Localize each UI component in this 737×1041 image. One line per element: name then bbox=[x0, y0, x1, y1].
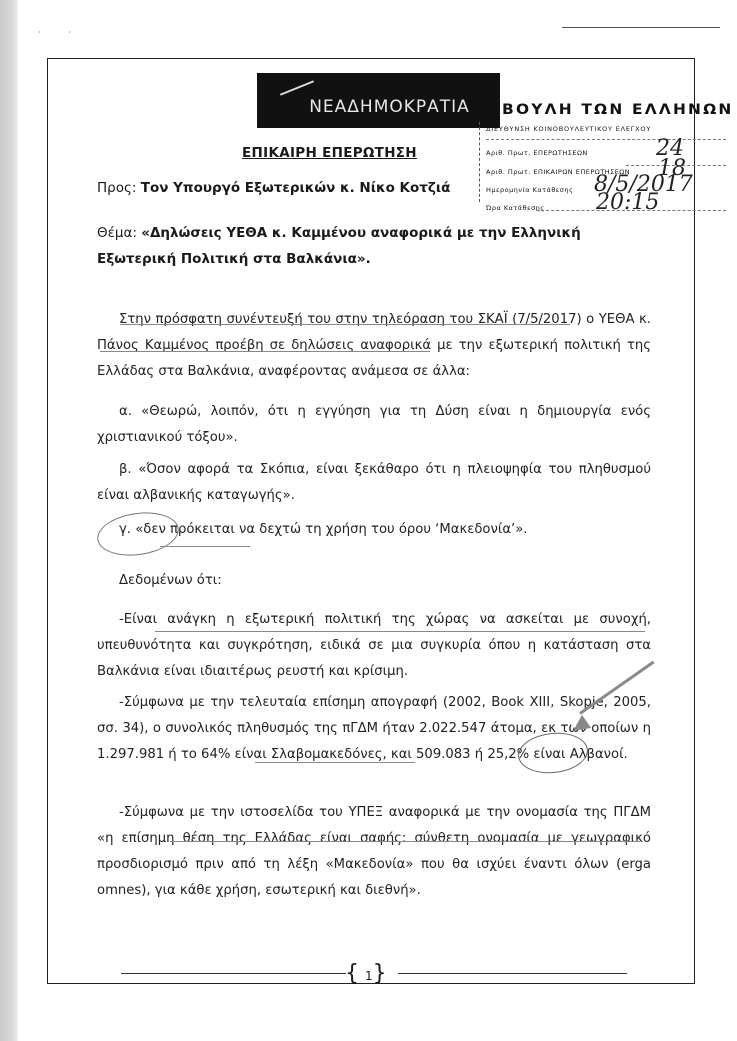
parliament-stamp: ΒΟΥΛΗ ΤΩΝ ΕΛΛΗΝΩΝ ΔΙΕΥΘΥΝΣΗ ΚΟΙΝΟΒΟΥΛΕΥΤ… bbox=[476, 92, 737, 210]
paragraph-point-3: -Σύμφωνα με την ιστοσελίδα του ΥΠΕΞ αναφ… bbox=[97, 800, 651, 904]
stamp-row-value: 20:15 bbox=[596, 190, 659, 215]
paragraph-quote-b: β. «Όσον αφορά τα Σκόπια, είναι ξεκάθαρο… bbox=[97, 457, 651, 509]
pencil-underline bbox=[255, 762, 415, 763]
paragraph-quote-a: α. «Θεωρώ, λοιπόν, ότι η εγγύηση για τη … bbox=[97, 399, 651, 451]
paragraph-quote-c: γ. «δεν πρόκειται να δεχτώ τη χρήση του … bbox=[97, 517, 651, 543]
subject-text: «Δηλώσεις ΥΕΘΑ κ. Καμμένου αναφορικά με … bbox=[97, 225, 581, 267]
pencil-underline bbox=[160, 546, 250, 547]
footer-rule-right bbox=[398, 973, 627, 974]
pencil-underline bbox=[120, 324, 570, 325]
page-number: {1} bbox=[345, 961, 393, 986]
scan-specks: ·· bbox=[38, 28, 99, 37]
pencil-underline bbox=[170, 841, 640, 842]
paragraph-given: Δεδομένων ότι: bbox=[97, 568, 651, 594]
stamp-border bbox=[479, 122, 481, 202]
stamp-divider bbox=[486, 139, 726, 140]
subject-line: Θέμα: «Δηλώσεις ΥΕΘΑ κ. Καμμένου αναφορι… bbox=[97, 220, 657, 272]
logo-text: ΝΕΑΔΗΜΟΚΡΑΤΙΑ bbox=[309, 97, 470, 117]
pencil-underline bbox=[100, 351, 430, 352]
recipient-line: Προς: Τον Υπουργό Εξωτερικών κ. Νίκο Κοτ… bbox=[97, 180, 450, 196]
stamp-divider bbox=[536, 210, 726, 211]
document-title: ΕΠΙΚΑΙΡΗ ΕΠΕΡΩΤΗΣΗ bbox=[242, 145, 417, 161]
footer-rule-left bbox=[121, 973, 346, 974]
top-rule bbox=[562, 27, 720, 28]
paragraph-intro: Στην πρόσφατη συνέντευξή του στην τηλεόρ… bbox=[97, 307, 651, 385]
recipient-name: Τον Υπουργό Εξωτερικών κ. Νίκο Κοτζιά bbox=[141, 180, 451, 196]
pencil-underline bbox=[155, 631, 645, 632]
stamp-row-label: Αριθ. Πρωτ. ΕΠΕΡΩΤΗΣΕΩΝ bbox=[486, 149, 588, 157]
stamp-header: ΒΟΥΛΗ ΤΩΝ ΕΛΛΗΝΩΝ bbox=[502, 102, 734, 118]
recipient-label: Προς: bbox=[97, 180, 136, 196]
paragraph-point-1: -Είναι ανάγκη η εξωτερική πολιτική της χ… bbox=[97, 607, 651, 685]
party-logo: ΝΕΑΔΗΜΟΚΡΑΤΙΑ bbox=[257, 73, 500, 128]
stamp-row-label: Ημερομηνία Κατάθεσης bbox=[486, 186, 573, 194]
stamp-department: ΔΙΕΥΘΥΝΣΗ ΚΟΙΝΟΒΟΥΛΕΥΤΙΚΟΥ ΕΛΕΓΧΟΥ bbox=[486, 125, 651, 133]
scan-edge-shadow bbox=[0, 0, 18, 1041]
logo-swoosh-icon bbox=[280, 80, 314, 95]
subject-label: Θέμα: bbox=[97, 225, 137, 241]
